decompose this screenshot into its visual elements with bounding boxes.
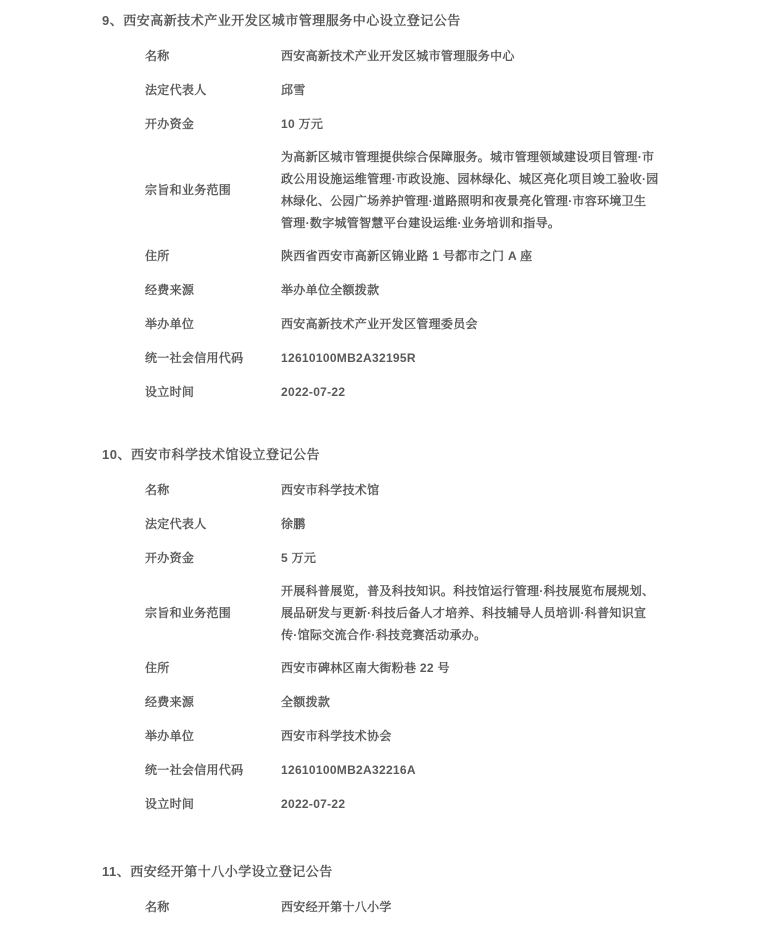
field-row-establishment-date: 设立时间 2022-07-22 — [145, 798, 767, 810]
field-label: 名称 — [145, 901, 281, 913]
field-row-sponsor-unit: 举办单位 西安高新技术产业开发区管理委员会 — [145, 318, 767, 330]
field-row-startup-capital: 开办资金 5 万元 — [145, 552, 767, 564]
field-value: 西安经开第十八小学 — [281, 901, 392, 913]
field-row-funding-source: 经费来源 举办单位全额拨款 — [145, 284, 767, 296]
field-label: 设立时间 — [145, 798, 281, 810]
field-row-address: 住所 陕西省西安市高新区锦业路 1 号都市之门 A 座 — [145, 250, 767, 262]
registration-announcements-page: 9、西安高新技术产业开发区城市管理服务中心设立登记公告 名称 西安高新技术产业开… — [0, 0, 767, 932]
field-value: 2022-07-22 — [281, 798, 345, 810]
field-row-name: 名称 西安高新技术产业开发区城市管理服务中心 — [145, 50, 767, 62]
field-value: 西安市科学技术馆 — [281, 484, 379, 496]
field-value: 2022-07-22 — [281, 386, 345, 398]
section-9-fields: 名称 西安高新技术产业开发区城市管理服务中心 法定代表人 邱雪 开办资金 10 … — [145, 50, 767, 398]
field-row-business-scope: 宗旨和业务范围 开展科普展览，普及科技知识。科技馆运行管理·科技展览布展规划、 … — [145, 580, 767, 646]
announcement-section-11: 11、西安经开第十八小学设立登记公告 名称 西安经开第十八小学 — [0, 865, 767, 913]
field-label: 统一社会信用代码 — [145, 764, 281, 776]
field-label: 法定代表人 — [145, 84, 281, 96]
field-label: 经费来源 — [145, 284, 281, 296]
field-value: 西安市科学技术协会 — [281, 730, 392, 742]
field-value: 举办单位全额拨款 — [281, 284, 379, 296]
announcement-section-9: 9、西安高新技术产业开发区城市管理服务中心设立登记公告 名称 西安高新技术产业开… — [0, 14, 767, 398]
field-label: 统一社会信用代码 — [145, 352, 281, 364]
field-label: 法定代表人 — [145, 518, 281, 530]
field-value: 12610100MB2A32195R — [281, 352, 416, 364]
field-value: 5 万元 — [281, 552, 316, 564]
field-value: 西安高新技术产业开发区城市管理服务中心 — [281, 50, 515, 62]
field-value: 12610100MB2A32216A — [281, 764, 416, 776]
field-row-name: 名称 西安市科学技术馆 — [145, 484, 767, 496]
field-label: 举办单位 — [145, 730, 281, 742]
section-9-title: 9、西安高新技术产业开发区城市管理服务中心设立登记公告 — [102, 14, 767, 28]
field-value: 陕西省西安市高新区锦业路 1 号都市之门 A 座 — [281, 250, 532, 262]
field-label: 开办资金 — [145, 552, 281, 564]
field-label: 宗旨和业务范围 — [145, 184, 281, 196]
field-value: 全额拨款 — [281, 696, 330, 708]
field-label: 设立时间 — [145, 386, 281, 398]
field-row-credit-code: 统一社会信用代码 12610100MB2A32216A — [145, 764, 767, 776]
field-label: 宗旨和业务范围 — [145, 607, 281, 619]
field-label: 举办单位 — [145, 318, 281, 330]
section-10-title: 10、西安市科学技术馆设立登记公告 — [102, 448, 767, 462]
section-10-fields: 名称 西安市科学技术馆 法定代表人 徐鹏 开办资金 5 万元 宗旨和业务范围 开… — [145, 484, 767, 810]
field-label: 名称 — [145, 50, 281, 62]
field-row-funding-source: 经费来源 全额拨款 — [145, 696, 767, 708]
field-row-legal-representative: 法定代表人 邱雪 — [145, 84, 767, 96]
field-value: 邱雪 — [281, 84, 306, 96]
section-11-title: 11、西安经开第十八小学设立登记公告 — [102, 865, 767, 879]
field-row-address: 住所 西安市碑林区南大街粉巷 22 号 — [145, 662, 767, 674]
field-label: 经费来源 — [145, 696, 281, 708]
announcement-section-10: 10、西安市科学技术馆设立登记公告 名称 西安市科学技术馆 法定代表人 徐鹏 开… — [0, 448, 767, 810]
field-row-startup-capital: 开办资金 10 万元 — [145, 118, 767, 130]
field-row-credit-code: 统一社会信用代码 12610100MB2A32195R — [145, 352, 767, 364]
field-label: 名称 — [145, 484, 281, 496]
section-11-fields: 名称 西安经开第十八小学 — [145, 901, 767, 913]
field-value: 10 万元 — [281, 118, 323, 130]
field-row-business-scope: 宗旨和业务范围 为高新区城市管理提供综合保障服务。城市管理领域建设项目管理·市 … — [145, 146, 767, 234]
field-value: 西安高新技术产业开发区管理委员会 — [281, 318, 478, 330]
field-value: 徐鹏 — [281, 518, 306, 530]
field-row-sponsor-unit: 举办单位 西安市科学技术协会 — [145, 730, 767, 742]
field-row-establishment-date: 设立时间 2022-07-22 — [145, 386, 767, 398]
field-row-legal-representative: 法定代表人 徐鹏 — [145, 518, 767, 530]
field-value: 西安市碑林区南大街粉巷 22 号 — [281, 662, 450, 674]
field-row-name: 名称 西安经开第十八小学 — [145, 901, 767, 913]
field-label: 住所 — [145, 250, 281, 262]
field-value: 为高新区城市管理提供综合保障服务。城市管理领域建设项目管理·市 政公用设施运维管… — [281, 146, 659, 234]
field-label: 住所 — [145, 662, 281, 674]
field-value: 开展科普展览，普及科技知识。科技馆运行管理·科技展览布展规划、 展品研发与更新·… — [281, 580, 654, 646]
field-label: 开办资金 — [145, 118, 281, 130]
